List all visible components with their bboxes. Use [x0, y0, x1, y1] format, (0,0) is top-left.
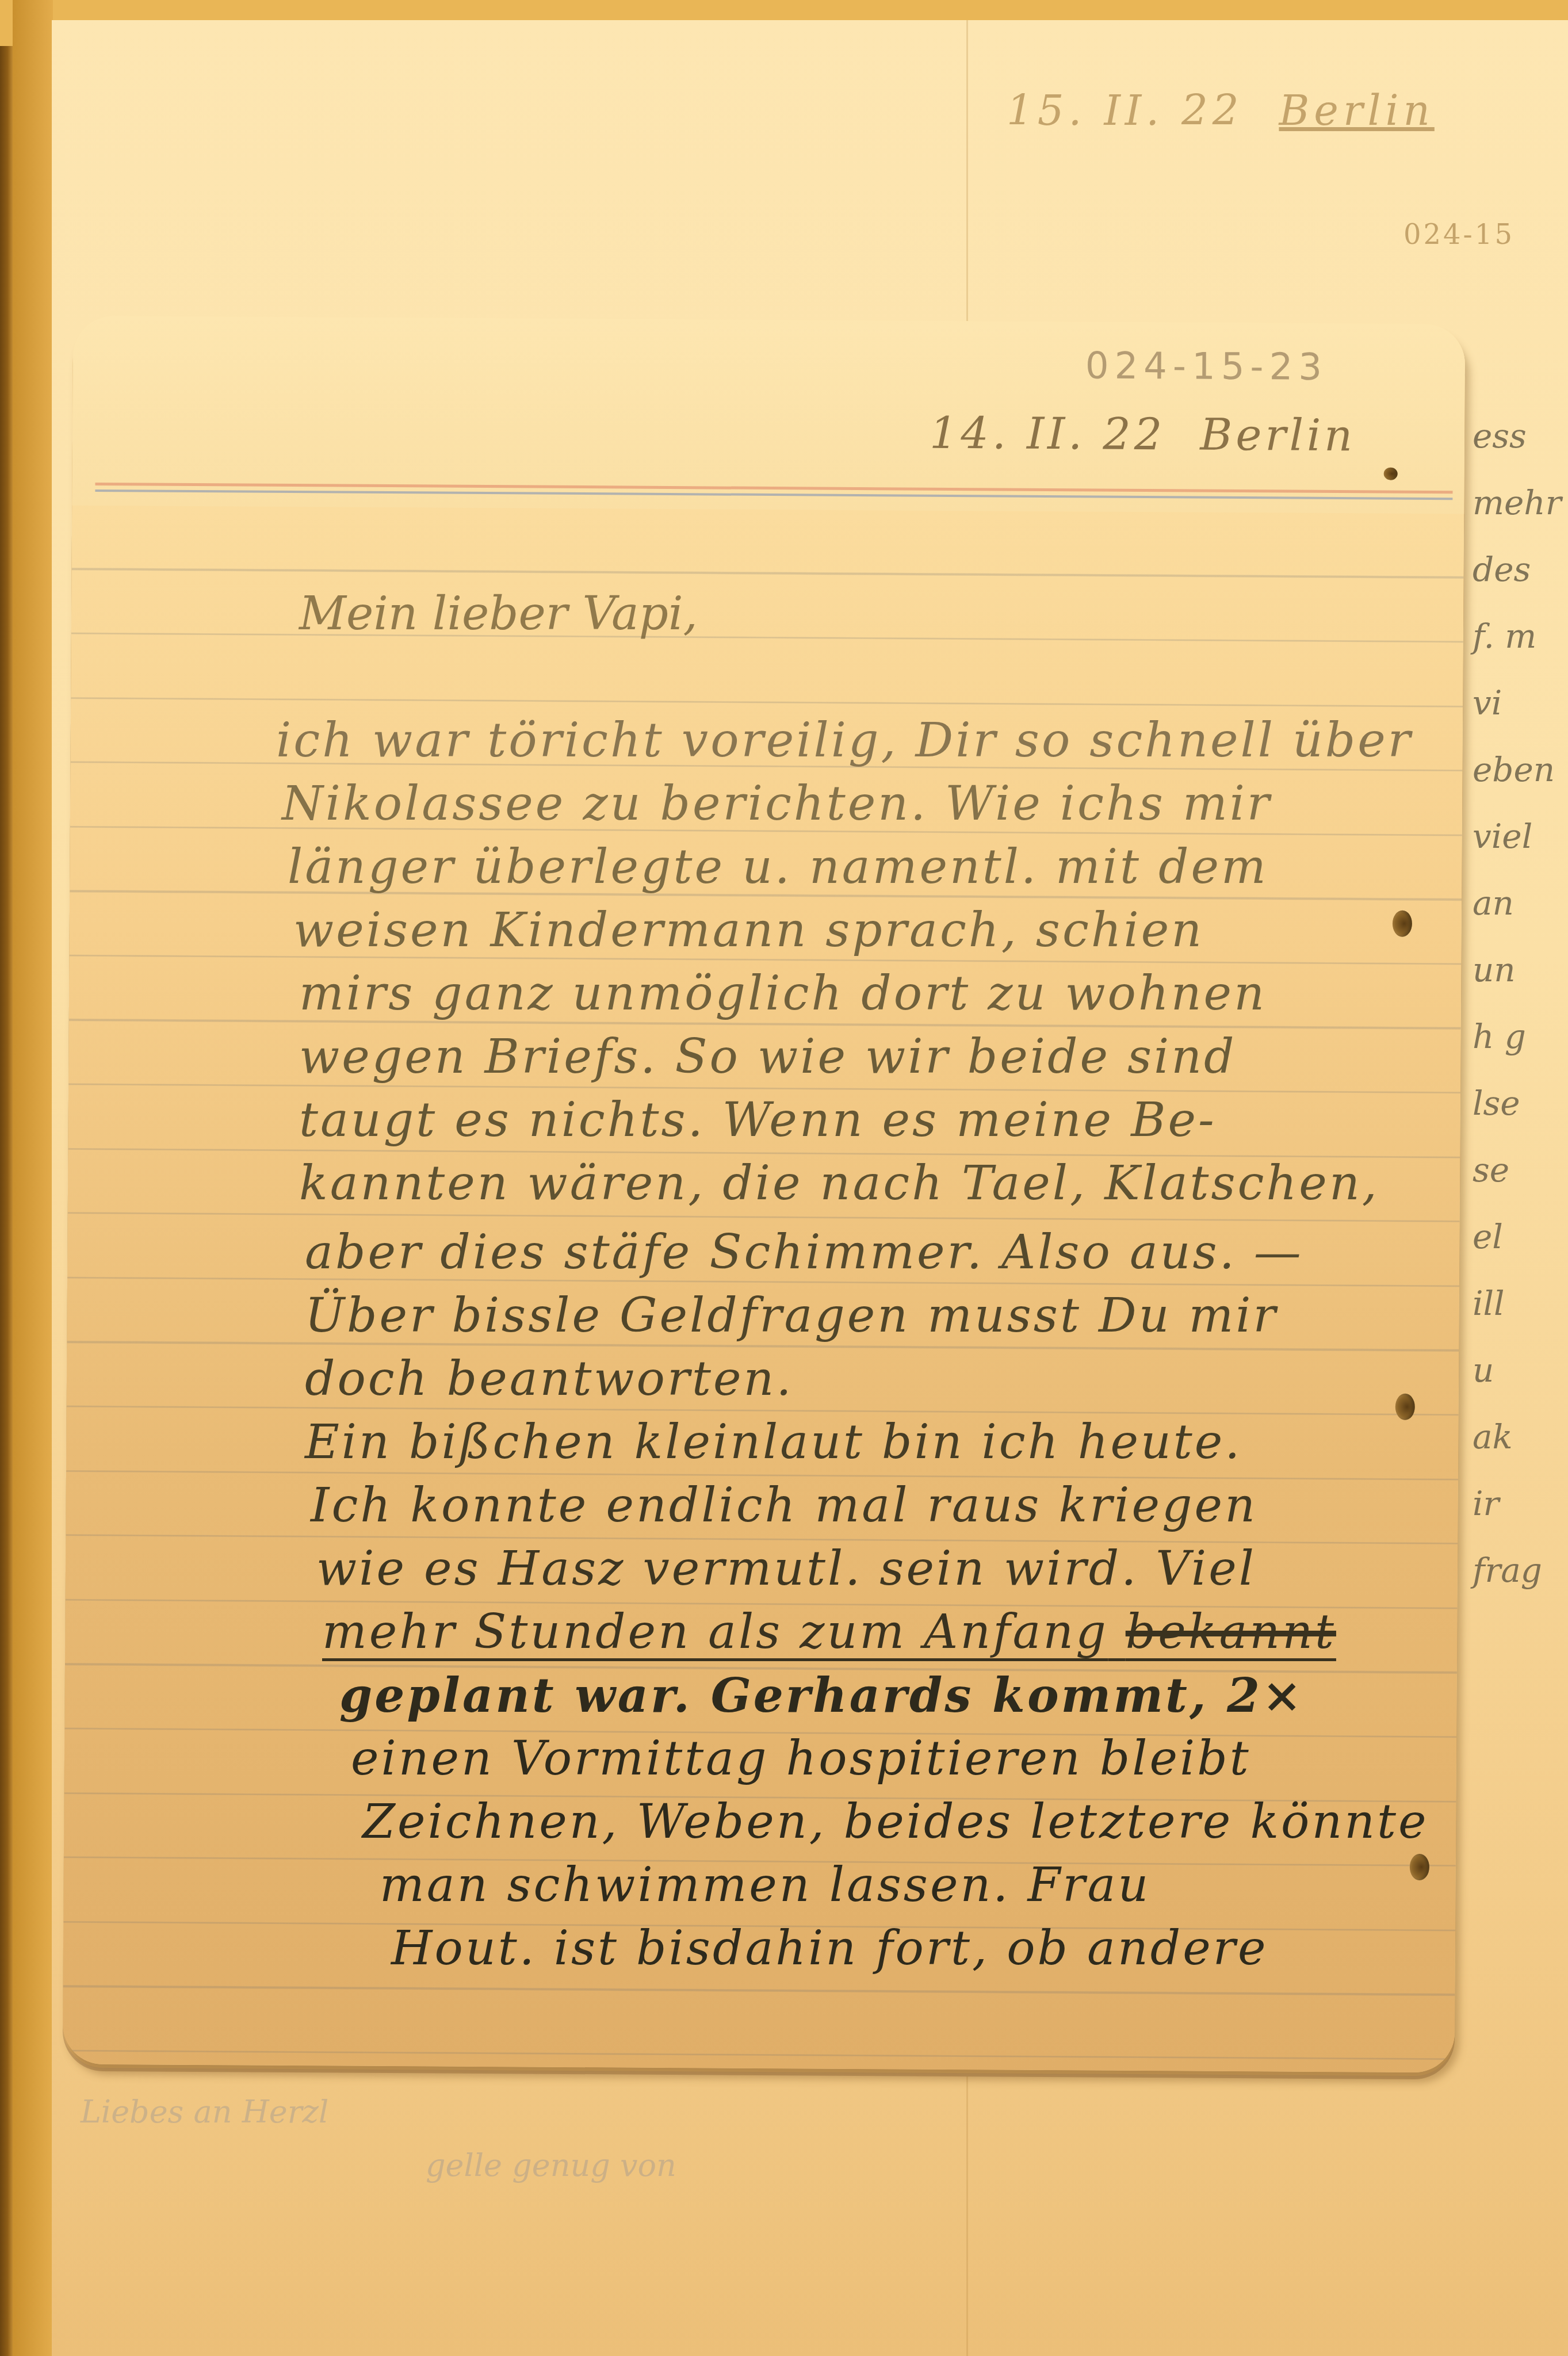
binder-strip	[0, 46, 13, 2356]
bleed-through-text: Liebes an Herzl gelle genug von	[81, 2094, 676, 2201]
binder-shadow	[13, 0, 53, 2356]
letter-line-13: Ich konnte endlich mal raus kriegen	[311, 1478, 1257, 1533]
letter-line-16: geplant war. Gerhards kommt, 2×	[339, 1668, 1304, 1723]
underlying-archive-number: 024-15	[1403, 219, 1515, 251]
letter-line-3: länger überlegte u. namentl. mit dem	[288, 840, 1268, 894]
letter-line-9: aber dies stäfe Schimmer. Also aus. —	[305, 1225, 1303, 1280]
letter-line-2: Nikolassee zu berichten. Wie ichs mir	[282, 777, 1272, 831]
letter-line-1: ich war töricht voreilig, Dir so schnell…	[276, 713, 1413, 768]
letter-line-4: weisen Kindermann sprach, schien	[293, 903, 1204, 958]
letter-line-19: man schwimmen lassen. Frau	[380, 1858, 1150, 1913]
letter-line-18: Zeichnen, Weben, beides letztere könnte	[362, 1795, 1429, 1849]
punch-hole	[1395, 1394, 1415, 1420]
punch-hole	[1410, 1854, 1429, 1880]
letter-line-15: mehr Stunden als zum Anfang bekannt	[322, 1605, 1336, 1659]
letter-line-20: Hout. ist bisdahin fort, ob andere	[391, 1921, 1268, 1976]
letter-line-14: wie es Hasz vermutl. sein wird. Viel	[316, 1542, 1256, 1596]
punch-hole	[1393, 911, 1412, 937]
letter-line-7: taugt es nichts. Wenn es meine Be-	[299, 1093, 1217, 1148]
letter-line-17: einen Vormittag hospitieren bleibt	[351, 1731, 1251, 1786]
letter-line-11: doch beantworten.	[305, 1352, 793, 1406]
letter-line-5: mirs ganz unmöglich dort zu wohnen	[299, 966, 1267, 1021]
letter-date: 14. II. 22	[930, 407, 1166, 460]
letter-dateline: 14. II. 22 Berlin	[930, 407, 1356, 461]
letter-line-8: kannten wären, die nach Tael, Klatschen,	[299, 1156, 1379, 1211]
letter-line-10: Über bissle Geldfragen musst Du mir	[305, 1288, 1278, 1343]
letter-place: Berlin	[1200, 409, 1356, 461]
letter-line-12: Ein bißchen kleinlaut bin ich heute.	[305, 1415, 1242, 1470]
underlying-date: 15. II. 22 Berlin	[1007, 86, 1435, 135]
struck-word: bekannt	[1126, 1605, 1336, 1659]
underlying-right-edge-text: ess mehr des f. m vi eben viel an un h g…	[1461, 403, 1568, 1604]
archive-number: 024-15-23	[1085, 345, 1328, 389]
letter-line-6: wegen Briefs. So wie wir beide sind	[299, 1030, 1237, 1084]
salutation: Mein lieber Vapi,	[299, 587, 698, 640]
punch-hole	[1384, 468, 1398, 480]
